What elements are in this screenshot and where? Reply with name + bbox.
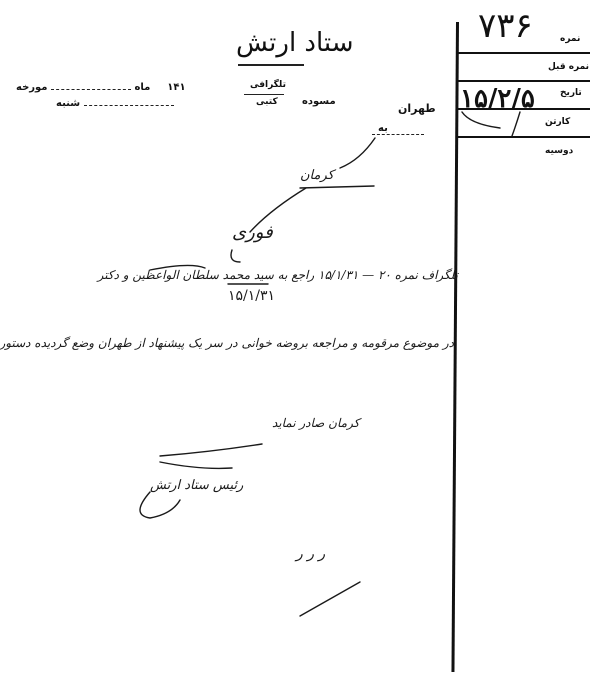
- pen-strokes: [0, 0, 598, 700]
